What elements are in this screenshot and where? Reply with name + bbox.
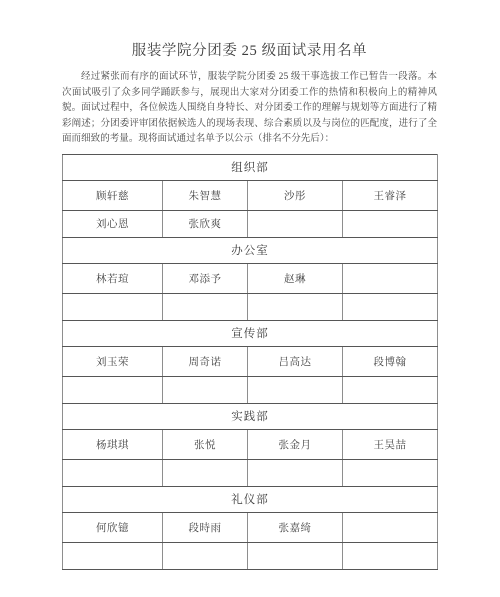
- member-row: 何欣镱段時雨张嘉绮: [63, 512, 438, 542]
- roster-table: 组织部顾轩慈朱智慧沙彤王睿泽刘心恩张欣爽办公室林若瑄邓添予赵琳宣传部刘玉荣周奇诺…: [62, 154, 438, 570]
- intro-paragraph: 经过紧张而有序的面试环节，服装学院分团委 25 级干事选拔工作已暂告一段落。本次…: [62, 70, 437, 148]
- member-name-cell: 王睿泽: [343, 180, 438, 210]
- member-row: 林若瑄邓添予赵琳: [63, 263, 438, 293]
- member-name-cell: 何欣镱: [63, 512, 163, 542]
- department-row: 宣传部: [63, 320, 438, 346]
- member-row: [63, 376, 438, 403]
- empty-cell: [63, 293, 163, 320]
- member-name-cell: 顾轩慈: [63, 180, 163, 210]
- department-row: 办公室: [63, 237, 438, 263]
- roster-body: 组织部顾轩慈朱智慧沙彤王睿泽刘心恩张欣爽办公室林若瑄邓添予赵琳宣传部刘玉荣周奇诺…: [63, 154, 438, 569]
- empty-cell: [343, 459, 438, 486]
- department-row: 礼仪部: [63, 486, 438, 512]
- empty-cell: [163, 376, 248, 403]
- department-header: 办公室: [63, 237, 438, 263]
- member-row: [63, 459, 438, 486]
- empty-cell: [248, 542, 343, 569]
- empty-cell: [248, 376, 343, 403]
- member-name-cell: 赵琳: [248, 263, 343, 293]
- empty-cell: [343, 263, 438, 293]
- department-header: 礼仪部: [63, 486, 438, 512]
- member-name-cell: 张欣爽: [163, 210, 248, 237]
- member-name-cell: 张悦: [163, 429, 248, 459]
- empty-cell: [163, 459, 248, 486]
- member-name-cell: 刘玉荣: [63, 346, 163, 376]
- member-name-cell: 杨琪琪: [63, 429, 163, 459]
- member-name-cell: 段博翰: [343, 346, 438, 376]
- empty-cell: [248, 459, 343, 486]
- empty-cell: [248, 293, 343, 320]
- empty-cell: [343, 376, 438, 403]
- empty-cell: [163, 542, 248, 569]
- member-name-cell: 张金月: [248, 429, 343, 459]
- empty-cell: [343, 512, 438, 542]
- empty-cell: [63, 542, 163, 569]
- member-name-cell: 王昊喆: [343, 429, 438, 459]
- empty-cell: [163, 293, 248, 320]
- empty-cell: [343, 293, 438, 320]
- department-header: 宣传部: [63, 320, 438, 346]
- empty-cell: [63, 376, 163, 403]
- member-row: 刘心恩张欣爽: [63, 210, 438, 237]
- member-row: 顾轩慈朱智慧沙彤王睿泽: [63, 180, 438, 210]
- department-row: 组织部: [63, 154, 438, 180]
- department-row: 实践部: [63, 403, 438, 429]
- member-name-cell: 沙彤: [248, 180, 343, 210]
- department-header: 组织部: [63, 154, 438, 180]
- empty-cell: [343, 542, 438, 569]
- member-name-cell: 朱智慧: [163, 180, 248, 210]
- member-row: 刘玉荣周奇诺吕高达段博翰: [63, 346, 438, 376]
- member-name-cell: 张嘉绮: [248, 512, 343, 542]
- member-name-cell: 段時雨: [163, 512, 248, 542]
- empty-cell: [343, 210, 438, 237]
- member-name-cell: 邓添予: [163, 263, 248, 293]
- member-name-cell: 周奇诺: [163, 346, 248, 376]
- department-header: 实践部: [63, 403, 438, 429]
- member-row: [63, 542, 438, 569]
- empty-cell: [248, 210, 343, 237]
- member-name-cell: 林若瑄: [63, 263, 163, 293]
- member-row: [63, 293, 438, 320]
- document-title: 服装学院分团委 25 级面试录用名单: [62, 42, 437, 60]
- member-name-cell: 刘心恩: [63, 210, 163, 237]
- document-page: 服装学院分团委 25 级面试录用名单 经过紧张而有序的面试环节，服装学院分团委 …: [0, 0, 500, 597]
- empty-cell: [63, 459, 163, 486]
- member-name-cell: 吕高达: [248, 346, 343, 376]
- member-row: 杨琪琪张悦张金月王昊喆: [63, 429, 438, 459]
